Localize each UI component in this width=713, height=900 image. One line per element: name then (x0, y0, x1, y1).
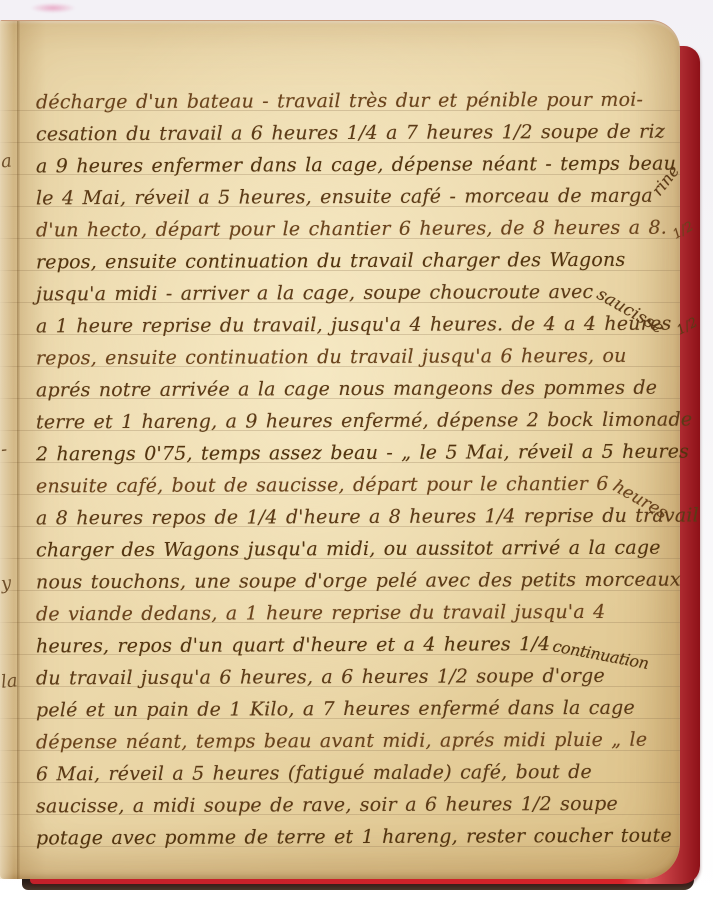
handwritten-line-21: dépense néant, temps beau avant midi, ap… (36, 724, 664, 759)
handwritten-line-11: terre et 1 hareng, a 9 heures enfermé, d… (36, 404, 664, 439)
handwritten-line-13: ensuite café, bout de saucisse, départ p… (36, 468, 664, 503)
scanner-pink-smudge (30, 3, 76, 13)
handwritten-line-20: pelé et un pain de 1 Kilo, a 7 heures en… (36, 692, 664, 727)
handwritten-line-10: aprés notre arrivée a la cage nous mange… (36, 372, 664, 407)
line-text: charger des Wagons jusqu'a midi, ou auss… (36, 537, 661, 562)
line-text: a 8 heures repos de 1/4 d'heure a 8 heur… (36, 504, 699, 529)
handwritten-line-9: repos, ensuite continuation du travail j… (36, 340, 664, 375)
handwritten-line-6: repos, ensuite continuation du travail c… (36, 244, 664, 279)
line-text: a 9 heures enfermer dans la cage, dépens… (36, 153, 676, 178)
line-text: potage avec pomme de terre et 1 hareng, … (36, 825, 672, 850)
line-text: 6 Mai, réveil a 5 heures (fatigué malade… (36, 761, 592, 785)
line-text: de viande dedans, a 1 heure reprise du t… (36, 601, 605, 625)
facing-page-ink-fragment: la (0, 670, 19, 693)
line-text: dépense néant, temps beau avant midi, ap… (36, 729, 647, 754)
handwritten-line-19: du travail jusqu'a 6 heures, a 6 heures … (36, 660, 664, 695)
handwritten-line-12: 2 harengs 0'75, temps assez beau - „ le … (36, 436, 664, 471)
line-text: décharge d'un bateau - travail très dur … (36, 89, 643, 114)
handwritten-line-18: heures, repos d'un quart d'heure et a 4 … (36, 628, 664, 663)
line-text: pelé et un pain de 1 Kilo, a 7 heures en… (36, 697, 635, 722)
facing-page-ink-fragment: a (0, 150, 13, 172)
scanned-notebook-photo: décharge d'un bateau - travail très dur … (0, 0, 713, 900)
line-text: 2 harengs 0'75, temps assez beau - „ le … (36, 441, 689, 466)
handwritten-line-15: charger des Wagons jusqu'a midi, ou auss… (36, 532, 664, 567)
handwritten-line-17: de viande dedans, a 1 heure reprise du t… (36, 596, 664, 631)
handwritten-line-24: potage avec pomme de terre et 1 hareng, … (36, 820, 664, 855)
handwritten-line-8: a 1 heure reprise du travail, jusqu'a 4 … (36, 308, 664, 343)
facing-page-ink-fragment: y (0, 573, 12, 595)
handwritten-line-3: a 9 heures enfermer dans la cage, dépens… (36, 148, 664, 183)
handwriting-block: décharge d'un bateau - travail très dur … (36, 85, 664, 853)
handwritten-line-22: 6 Mai, réveil a 5 heures (fatigué malade… (36, 756, 664, 791)
line-text: repos, ensuite continuation du travail c… (36, 249, 626, 274)
line-text: d'un hecto, départ pour le chantier 6 he… (36, 217, 667, 242)
line-text: jusqu'a midi - arriver a la cage, soupe … (36, 281, 593, 305)
handwritten-line-23: saucisse, a midi soupe de rave, soir a 6… (36, 788, 664, 823)
notebook-page: décharge d'un bateau - travail très dur … (0, 20, 680, 879)
line-text: nous touchons, une soupe d'orge pelé ave… (36, 569, 681, 594)
handwritten-line-4: le 4 Mai, réveil a 5 heures, ensuite caf… (36, 180, 664, 215)
line-text: le 4 Mai, réveil a 5 heures, ensuite caf… (36, 185, 653, 210)
line-text: cesation du travail a 6 heures 1/4 a 7 h… (36, 121, 665, 146)
handwritten-line-14: a 8 heures repos de 1/4 d'heure a 8 heur… (36, 500, 664, 535)
handwritten-line-7: jusqu'a midi - arriver a la cage, soupe … (36, 276, 664, 311)
handwritten-line-1: décharge d'un bateau - travail très dur … (36, 84, 664, 119)
line-text: saucisse, a midi soupe de rave, soir a 6… (36, 793, 618, 818)
binding-crease (17, 21, 20, 879)
line-text: repos, ensuite continuation du travail j… (36, 345, 627, 370)
handwritten-line-5: d'un hecto, départ pour le chantier 6 he… (36, 212, 664, 247)
handwritten-line-16: nous touchons, une soupe d'orge pelé ave… (36, 564, 664, 599)
line-text: heures, repos d'un quart d'heure et a 4 … (36, 633, 550, 657)
line-text: ensuite café, bout de saucisse, départ p… (36, 473, 609, 497)
line-text: terre et 1 hareng, a 9 heures enfermé, d… (36, 409, 692, 434)
line-text: a 1 heure reprise du travail, jusqu'a 4 … (36, 313, 671, 338)
line-text: aprés notre arrivée a la cage nous mange… (36, 377, 657, 402)
handwritten-line-2: cesation du travail a 6 heures 1/4 a 7 h… (36, 116, 664, 151)
line-text: du travail jusqu'a 6 heures, a 6 heures … (36, 665, 605, 689)
